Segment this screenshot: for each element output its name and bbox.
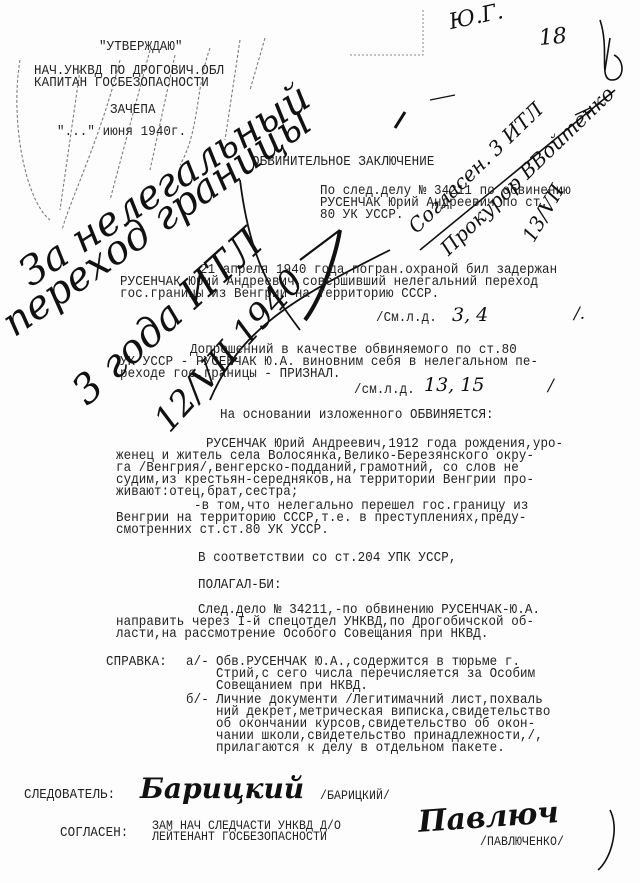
ref2-end: /: [548, 376, 554, 396]
agreed-label: СОГЛАСЕН:: [60, 826, 128, 840]
investigator-label: СЛЕДОВАТЕЛЬ:: [24, 788, 115, 802]
approval-position-line2: КАПИТАН ГОСБЕЗОПАСНОСТИ: [34, 76, 209, 90]
document-page: "УТВЕРЖДАЮ" НАЧ.УНКВД ПО ДРОГОВИЧ.ОБЛ КА…: [0, 0, 640, 883]
agreed-name: /ПАВЛЮЧЕНКО/: [480, 836, 564, 849]
approval-heading: "УТВЕРЖДАЮ": [99, 40, 183, 54]
ref1-pages: 3, 4: [452, 304, 488, 326]
accordance-line: В соответствии со ст.204 УПК УССР,: [198, 551, 456, 565]
case-line-3: 80 УК УССР.: [320, 208, 404, 222]
ref2-pages: 13, 15: [424, 374, 484, 396]
para4-line3: смотренних ст.ст.80 УК УССР.: [116, 523, 329, 537]
reference-b-line5: прилагаются к делу в отдельном пакете.: [216, 741, 505, 755]
charge-basis: На основании изложенного ОБВИНЯЕТСЯ:: [220, 408, 494, 422]
ref1-label: /См.л.д.: [376, 311, 437, 325]
approval-name: ЗАЧЕПА: [110, 103, 156, 117]
ref2-label: /см.л.д.: [354, 383, 415, 397]
corner-mark-2: 18: [538, 24, 568, 51]
ref1-end: /.: [574, 304, 585, 324]
agreed-title-line2: ЛЕЙТЕНАНТ ГОСБЕЗОПАСНОСТИ: [152, 831, 327, 844]
reference-a-marker: а/-: [186, 655, 209, 669]
investigator-signature: Барицкий: [140, 772, 304, 805]
resolve-heading: ПОЛАГАЛ-БИ:: [198, 578, 282, 592]
investigator-name: /БАРИЦКИЙ/: [320, 790, 390, 803]
reference-label: СПРАВКА:: [106, 655, 167, 669]
para5-line3: ласти,на рассмотрение Особого Совещания …: [116, 627, 488, 641]
approval-date: "..." июня 1940г.: [57, 125, 186, 139]
reference-b-marker: б/-: [186, 693, 209, 707]
